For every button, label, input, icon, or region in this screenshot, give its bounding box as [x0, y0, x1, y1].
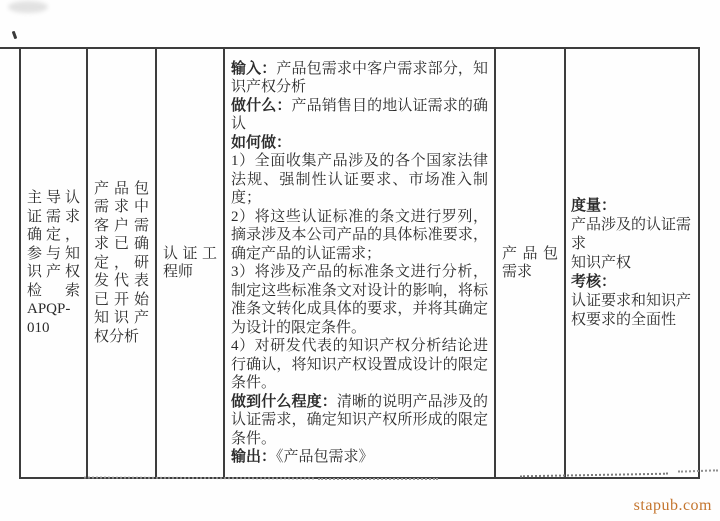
scan-smudge [8, 1, 48, 13]
scan-artifact [318, 478, 438, 480]
paragraph-text: 产品涉及的认证需求 [571, 217, 691, 252]
cell-text: 主导认证需求确定，参与知识产权检索APQP-010 [27, 189, 80, 337]
paragraph-text: 1）全面收集产品涉及的各个国家法律法规、强制性认证要求、市场准入制度； [231, 153, 488, 206]
cell-deliverable: 产品包需求 [494, 49, 564, 477]
paragraph: 做什么：产品销售目的地认证需求的确认 [231, 97, 488, 134]
cell-measure-assessment: 度量：产品涉及的认证需求知识产权考核：认证要求和知识产权要求的全面性 [564, 49, 698, 477]
cell-role: 认证工程师 [155, 49, 223, 477]
paragraph-label: 输出： [231, 449, 276, 465]
paragraph-text: 3）将涉及产品的标准条文进行分析，制定这些标准条文对设计的影响，将标准条文转化成… [231, 264, 488, 336]
paragraph: 如何做： [231, 134, 488, 153]
paragraph: 产品涉及的认证需求 [571, 216, 692, 254]
paragraph-label: 如何做： [231, 135, 291, 151]
paragraph-label: 输入： [231, 61, 276, 77]
cell-activity-description: 输入：产品包需求中客户需求部分，知识产权分析做什么：产品销售目的地认证需求的确认… [223, 49, 494, 477]
paragraph: 做到什么程度：清晰的说明产品涉及的认证需求，确定知识产权所形成的限定条件。 [231, 393, 488, 449]
paragraph: 2）将这些认证标准的条文进行罗列，摘录涉及本公司产品的具体标准要求，确定产品的认… [231, 208, 488, 264]
paragraph: 4）对研发代表的知识产权分析结论进行确认，将知识产权设置成设计的限定条件。 [231, 337, 488, 393]
scanned-document-page: 主导认证需求确定，参与知识产权检索APQP-010 产品包需求中客户需求已确定，… [0, 0, 720, 521]
paragraph: 输入：产品包需求中客户需求部分，知识产权分析 [231, 60, 488, 97]
paragraph: 1）全面收集产品涉及的各个国家法律法规、强制性认证要求、市场准入制度； [231, 152, 488, 208]
paragraph-label: 考核： [571, 274, 616, 290]
paragraph: 考核： [571, 273, 692, 292]
paragraph-label: 做到什么程度： [231, 394, 337, 410]
paragraph-text: 2）将这些认证标准的条文进行罗列，摘录涉及本公司产品的具体标准要求，确定产品的认… [231, 209, 488, 262]
paragraph-text: 知识产权 [571, 255, 631, 271]
paragraph-text: 《产品包需求》 [276, 449, 374, 465]
paragraph-text: 认证要求和知识产权要求的全面性 [571, 293, 691, 328]
paragraph: 认证要求和知识产权要求的全面性 [571, 292, 692, 330]
cell-text: 认证工程师 [163, 245, 217, 282]
ink-mark [12, 31, 18, 40]
paragraph: 知识产权 [571, 254, 692, 273]
paragraph: 度量： [571, 197, 692, 216]
paragraph: 输出：《产品包需求》 [231, 448, 488, 467]
cell-entry-criteria: 产品包需求中客户需求已确定，研发代表已开始知识产权分析 [86, 49, 155, 477]
cell-text: 产品包需求中客户需求已确定，研发代表已开始知识产权分析 [94, 180, 149, 347]
watermark: stapub.com [634, 497, 712, 515]
process-table: 主导认证需求确定，参与知识产权检索APQP-010 产品包需求中客户需求已确定，… [19, 47, 700, 479]
paragraph-label: 做什么： [231, 98, 292, 114]
cell-responsibility: 主导认证需求确定，参与知识产权检索APQP-010 [21, 49, 86, 477]
paragraph-label: 度量： [571, 198, 616, 214]
paragraph-text: 4）对研发代表的知识产权分析结论进行确认，将知识产权设置成设计的限定条件。 [231, 338, 488, 391]
paragraph: 3）将涉及产品的标准条文进行分析，制定这些标准条文对设计的影响，将标准条文转化成… [231, 263, 488, 337]
cell-text: 产品包需求 [502, 245, 558, 282]
table-top-rule [0, 47, 21, 49]
